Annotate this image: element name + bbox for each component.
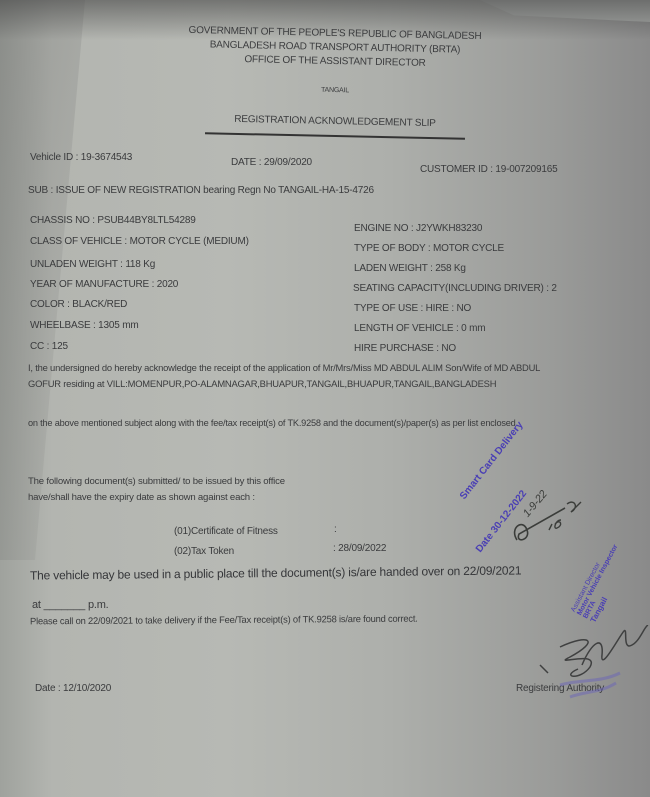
document-item-name: (02)Tax Token	[174, 546, 234, 557]
time-line: at _______ p.m.	[32, 599, 109, 611]
time-blank: _______	[44, 599, 85, 611]
acknowledgement-line-3: on the above mentioned subject along wit…	[28, 418, 518, 428]
field-wheelbase: WHEELBASE : 1305 mm	[30, 320, 138, 331]
field-chassis-no: CHASSIS NO : PSUB44BY8LTL54289	[30, 215, 196, 226]
field-engine-no: ENGINE NO : J2YWKH83230	[354, 223, 482, 234]
document-item-expiry: : 28/09/2022	[333, 543, 386, 554]
documents-intro-line-2: have/shall have the expiry date as shown…	[28, 492, 255, 503]
handwritten-initials-signature	[505, 478, 595, 558]
field-vehicle-class: CLASS OF VEHICLE : MOTOR CYCLE (MEDIUM)	[30, 236, 249, 247]
field-color: COLOR : BLACK/RED	[30, 299, 127, 310]
time-prefix: at	[32, 599, 41, 611]
field-seating-capacity: SEATING CAPACITY(INCLUDING DRIVER) : 2	[353, 283, 557, 294]
registering-authority-signature	[530, 625, 650, 715]
field-unladen-weight: UNLADEN WEIGHT : 118 Kg	[30, 259, 155, 270]
field-hire-purchase: HIRE PURCHASE : NO	[354, 343, 456, 354]
field-vehicle-length: LENGTH OF VEHICLE : 0 mm	[354, 323, 485, 334]
customer-id: CUSTOMER ID : 19-007209165	[420, 164, 557, 175]
documents-intro-line-1: The following document(s) submitted/ to …	[28, 476, 285, 487]
issue-date: Date : 12/10/2020	[35, 683, 111, 694]
vehicle-id: Vehicle ID : 19-3674543	[30, 152, 132, 163]
time-suffix: p.m.	[88, 599, 109, 611]
subject-line: SUB : ISSUE OF NEW REGISTRATION bearing …	[28, 185, 374, 196]
acknowledgement-line-1: I, the undersigned do hereby acknowledge…	[28, 362, 540, 373]
slip-date: DATE : 29/09/2020	[231, 157, 312, 168]
field-year-of-manufacture: YEAR OF MANUFACTURE : 2020	[30, 279, 178, 290]
field-cc: CC : 125	[30, 341, 68, 352]
document-item-name: (01)Certificate of Fitness	[174, 526, 278, 537]
field-body-type: TYPE OF BODY : MOTOR CYCLE	[354, 243, 504, 254]
field-type-of-use: TYPE OF USE : HIRE : NO	[354, 303, 471, 314]
field-laden-weight: LADEN WEIGHT : 258 Kg	[354, 263, 466, 274]
acknowledgement-line-2: GOFUR residing at VILL:MOMENPUR,PO-ALAMN…	[28, 378, 496, 389]
document-item-expiry: :	[334, 524, 337, 535]
